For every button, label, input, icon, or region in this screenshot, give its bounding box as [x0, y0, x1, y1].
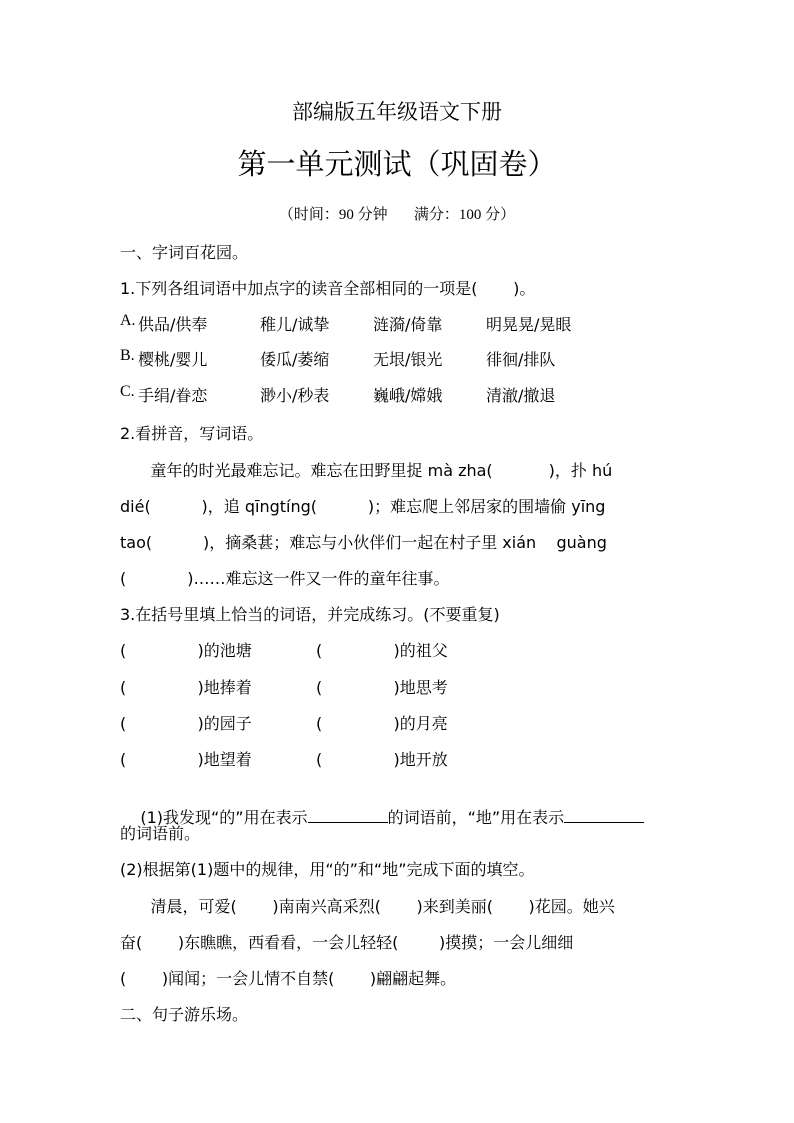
answer-blank[interactable] — [564, 808, 644, 823]
q3-fill-item: ( )地开放 — [316, 747, 448, 770]
q3-sub1-cont: 的词语前。 — [120, 821, 200, 844]
option-label: A. — [120, 312, 136, 330]
q3-sub2-line: 清晨，可爱( )南南兴高采烈( )来到美丽( )花园。她兴 — [120, 894, 615, 917]
q3-fill-item: ( )地思考 — [316, 675, 448, 698]
q3-fill-item: ( )的池塘 — [120, 638, 252, 661]
option-item: 徘徊/排队 — [486, 347, 555, 370]
q3-sub1-text: 的词语前，“地”用在表示 — [388, 808, 565, 827]
q1-prompt: 1.下列各组词语中加点字的读音全部相同的一项是( )。 — [120, 276, 535, 299]
q3-fill-item: ( )的祖父 — [316, 638, 448, 661]
option-item: 倭瓜/萎缩 — [260, 347, 329, 370]
option-item: 明晃晃/晃眼 — [486, 312, 571, 335]
option-item: 清澈/撤退 — [486, 383, 555, 406]
exam-meta: （时间：90 分钟 满分：100 分） — [0, 203, 794, 224]
section-heading-2: 二、句子游乐场。 — [120, 1002, 248, 1025]
option-item: 手绢/眷恋 — [138, 383, 207, 406]
option-item: 樱桃/婴儿 — [138, 347, 207, 370]
q2-passage-line: 童年的时光最难忘记。难忘在田野里捉 mà zha( )，扑 hú — [120, 458, 612, 481]
option-item: 涟漪/倚靠 — [373, 312, 442, 335]
option-item: 渺小/秒表 — [260, 383, 329, 406]
q3-sub2-prompt: (2)根据第(1)题中的规律，用“的”和“地”完成下面的填空。 — [120, 857, 535, 880]
q2-prompt: 2.看拼音，写词语。 — [120, 421, 263, 444]
q2-passage-line: ( )……难忘这一件又一件的童年往事。 — [120, 566, 450, 589]
q3-fill-item: ( )地望着 — [120, 747, 252, 770]
q3-sub2-line: 奋( )东瞧瞧，西看看，一会儿轻轻( )摸摸；一会儿细细 — [120, 930, 573, 953]
q3-sub2-line: ( )闻闻；一会儿情不自禁( )翩翩起舞。 — [120, 966, 456, 989]
option-item: 无垠/银光 — [373, 347, 442, 370]
q3-prompt: 3.在括号里填上恰当的词语，并完成练习。(不要重复) — [120, 602, 500, 625]
option-item: 巍峨/嫦娥 — [373, 383, 442, 406]
doc-subtitle: 部编版五年级语文下册 — [0, 96, 794, 126]
option-item: 稚儿/诚挚 — [260, 312, 329, 335]
q3-fill-item: ( )的园子 — [120, 711, 252, 734]
option-label: B. — [120, 347, 135, 365]
option-label: C. — [120, 383, 135, 401]
q3-fill-item: ( )的月亮 — [316, 711, 448, 734]
q2-passage-line: tao( )，摘桑葚；难忘与小伙伴们一起在村子里 xián guàng — [120, 530, 607, 553]
doc-title: 第一单元测试（巩固卷） — [0, 142, 794, 183]
section-heading-1: 一、字词百花园。 — [120, 240, 248, 263]
q3-fill-item: ( )地捧着 — [120, 675, 252, 698]
option-item: 供品/供奉 — [138, 312, 207, 335]
q2-passage-line: dié( )，追 qīngtíng( )；难忘爬上邻居家的围墙偷 yīng — [120, 494, 605, 517]
answer-blank[interactable] — [308, 808, 388, 823]
